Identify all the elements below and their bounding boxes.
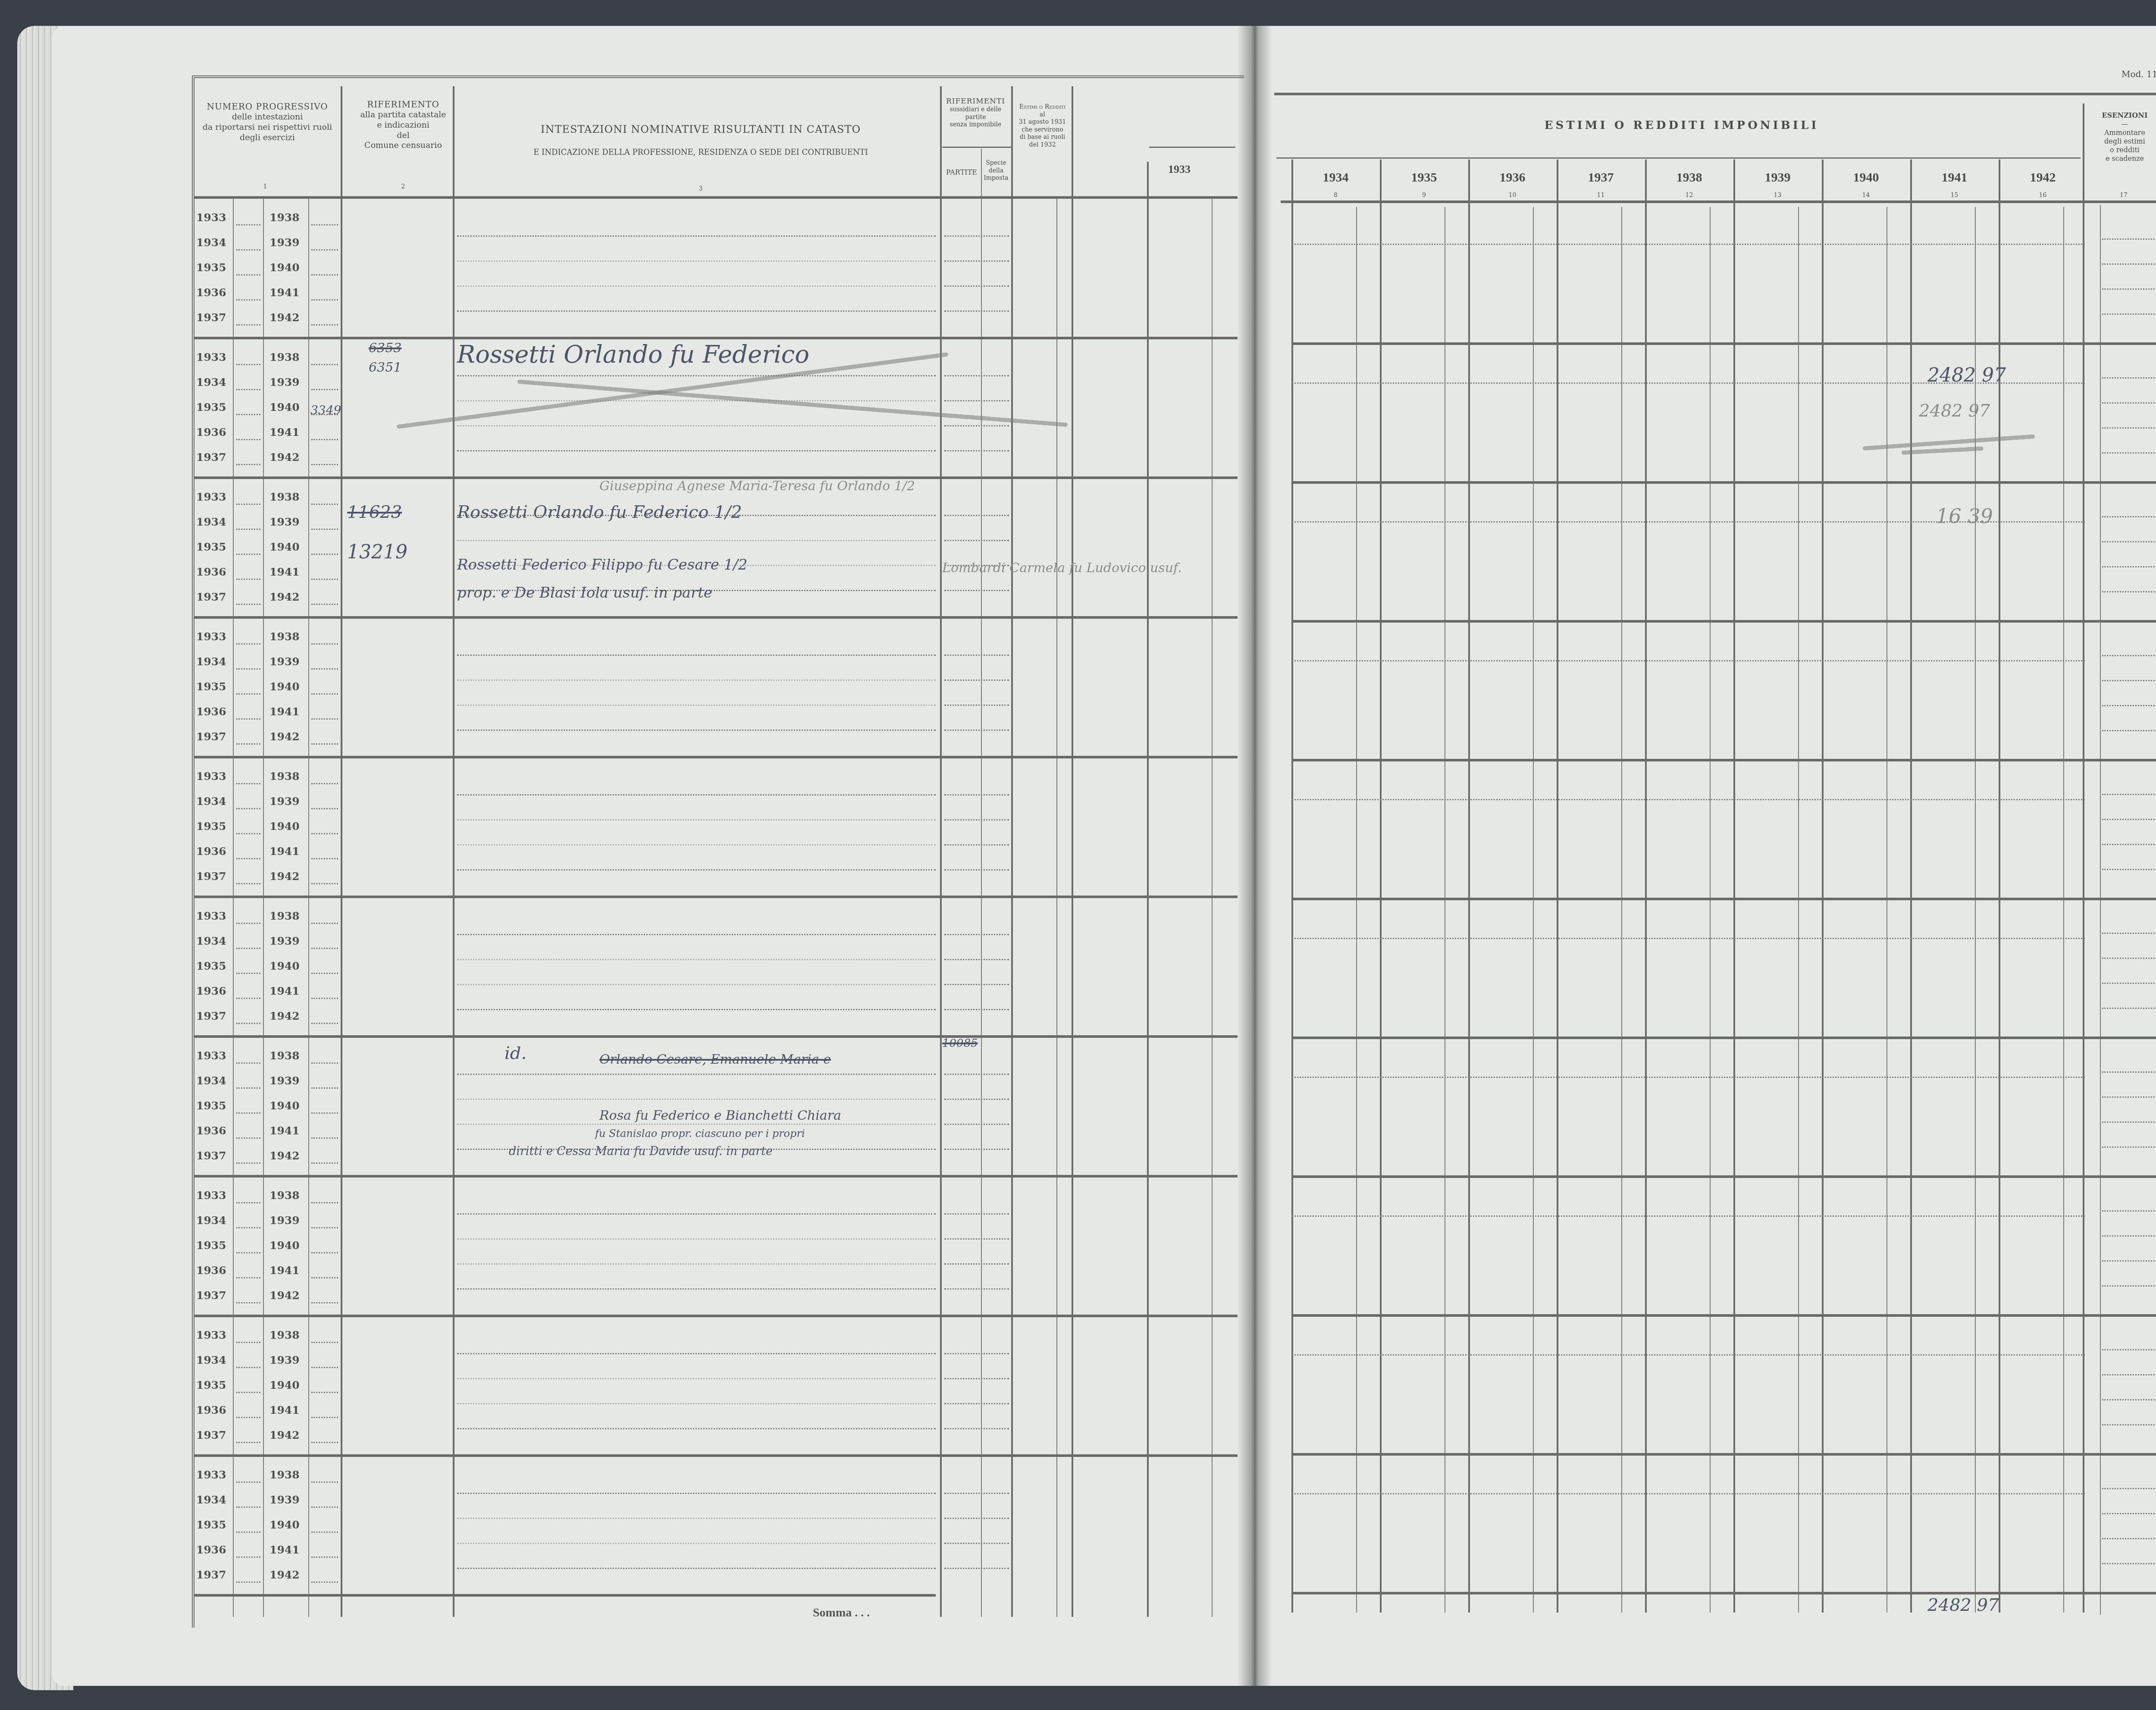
- estimo-1941-value: 2482 97: [1927, 364, 2006, 386]
- year-label: 1935: [196, 680, 226, 693]
- year-label: 1935: [196, 1379, 226, 1391]
- year-label: 1938: [269, 1469, 300, 1481]
- riferimento-value: 6353: [369, 341, 401, 356]
- year-label: 1940: [269, 401, 300, 413]
- year-label: 1941: [269, 985, 300, 997]
- year-label: 1936: [196, 845, 226, 858]
- year-label: 1939: [269, 236, 300, 249]
- year-label: 1937: [196, 730, 226, 743]
- year-label: 1937: [196, 311, 226, 324]
- year-column-header: 1938: [1645, 170, 1733, 185]
- intestazione-text: fu Stanislao propr. ciascuno per i propr…: [595, 1127, 805, 1140]
- year-label: 1935: [196, 960, 226, 972]
- year-label: 1942: [269, 1569, 300, 1581]
- intestazione-text: Rosa fu Federico e Bianchetti Chiara: [599, 1108, 841, 1123]
- year-label: 1938: [269, 351, 300, 363]
- year-label: 1939: [269, 655, 300, 668]
- year-column-header: 1941: [1910, 170, 1999, 185]
- year-label: 1934: [196, 1494, 226, 1506]
- year-label: 1940: [269, 261, 300, 274]
- year-label: 1935: [196, 1099, 226, 1112]
- year-column-header: 1934: [1291, 170, 1380, 185]
- year-label: 1934: [196, 236, 226, 249]
- intestazione-text: Rossetti Federico Filippo fu Cesare 1/2: [457, 556, 747, 573]
- year-label: 1937: [196, 1569, 226, 1581]
- year-label: 1941: [269, 845, 300, 858]
- riferimento-value: 13219: [347, 541, 407, 563]
- year-label: 1933: [196, 910, 226, 922]
- intestazione-text: Rossetti Orlando fu Federico 1/2: [457, 502, 742, 522]
- header-partite: PARTITE: [942, 168, 981, 177]
- year-label: 1938: [269, 211, 300, 224]
- year-label: 1933: [196, 1049, 226, 1062]
- year-label: 1940: [269, 1099, 300, 1112]
- year-label: 1938: [269, 1329, 300, 1341]
- year-label: 1935: [196, 541, 226, 553]
- year-label: 1939: [269, 1214, 300, 1227]
- year-label: 1942: [269, 1010, 300, 1022]
- year-column-header: 1937: [1557, 170, 1645, 185]
- intestazione-text: Giuseppina Agnese Maria-Teresa fu Orland…: [599, 479, 915, 494]
- estimo-1941-struck-value: 2482 97: [1919, 401, 1990, 421]
- year-label: 1941: [269, 705, 300, 718]
- year-label: 1940: [269, 960, 300, 972]
- year-label: 1941: [269, 1404, 300, 1416]
- header-intestazioni: INTESTAZIONI NOMINATIVE RISULTANTI IN CA…: [457, 123, 944, 158]
- year-column-header: 1939: [1733, 170, 1822, 185]
- year-label: 1942: [269, 870, 300, 883]
- year-label: 1937: [196, 451, 226, 464]
- year-label: 1938: [269, 770, 300, 783]
- year-label: 1934: [196, 795, 226, 808]
- year-label: 1938: [269, 630, 300, 643]
- year-label: 1933: [196, 1469, 226, 1481]
- year-label: 1942: [269, 1429, 300, 1441]
- partite-value: 10085: [942, 1037, 978, 1050]
- year-label: 1934: [196, 376, 226, 388]
- header-year-1933: 1933: [1147, 163, 1212, 176]
- year-label: 1942: [269, 1149, 300, 1162]
- year-label: 1938: [269, 910, 300, 922]
- year-label: 1938: [269, 1189, 300, 1202]
- year-label: 1939: [269, 376, 300, 388]
- year-column-header: 1936: [1468, 170, 1557, 185]
- riferimento-value: 11623: [347, 502, 402, 522]
- year-column-header: 1935: [1380, 170, 1468, 185]
- year-label: 1934: [196, 1074, 226, 1087]
- year-label: 1939: [269, 795, 300, 808]
- year-label: 1937: [196, 1010, 226, 1022]
- year-label: 1941: [269, 1264, 300, 1277]
- year-label: 1938: [269, 491, 300, 503]
- year-column-header: 1940: [1822, 170, 1910, 185]
- year-label: 1936: [196, 426, 226, 438]
- year-label: 1933: [196, 1189, 226, 1202]
- usufrutto-text: Lombardi Carmela fu Ludovico usuf.: [942, 561, 1182, 576]
- year-label: 1934: [196, 655, 226, 668]
- year-label: 1940: [269, 1379, 300, 1391]
- year-label: 1941: [269, 286, 300, 299]
- year-label: 1933: [196, 351, 226, 363]
- year-label: 1938: [269, 1049, 300, 1062]
- form-title: Mod. 111 - Imposte Dirette (Intercalare)…: [2122, 69, 2156, 79]
- header-riferimenti-sussidiari: RIFERIMENTI sussidiari e delle partite s…: [940, 97, 1011, 129]
- header-specie-imposta: Specie della Imposta: [981, 160, 1011, 182]
- year-label: 1937: [196, 1429, 226, 1441]
- year-label: 1942: [269, 591, 300, 603]
- year-label: 1941: [269, 1544, 300, 1556]
- year-label: 1935: [196, 1239, 226, 1252]
- year-label: 1933: [196, 491, 226, 503]
- header-esenzioni: ESENZIONI — Ammontare degli estimi o red…: [2085, 111, 2156, 163]
- year-label: 1942: [269, 451, 300, 464]
- year-label: 1939: [269, 1074, 300, 1087]
- year-label: 1934: [196, 1354, 226, 1366]
- year-label: 1942: [269, 311, 300, 324]
- year-label: 1941: [269, 1124, 300, 1137]
- intestazione-text: Orlando Cesare, Emanuele Maria e: [599, 1052, 831, 1067]
- year-label: 1936: [196, 286, 226, 299]
- year-label: 1939: [269, 935, 300, 947]
- somma-label: Somma . . .: [813, 1606, 870, 1620]
- year-label: 1942: [269, 1289, 300, 1302]
- year-label: 1939: [269, 1494, 300, 1506]
- year-label: 1936: [196, 1124, 226, 1137]
- estimo-1941-row3-value: 16 39: [1936, 504, 1993, 528]
- section-title: ESTIMI O REDDITI IMPONIBILI: [1315, 119, 2048, 133]
- header-riferimento: RIFERIMENTO alla partita catastale e ind…: [354, 99, 453, 151]
- year-label: 1933: [196, 630, 226, 643]
- year-label: 1935: [196, 401, 226, 413]
- riferimento-value: 3349: [310, 403, 341, 417]
- year-label: 1940: [269, 541, 300, 553]
- year-label: 1936: [196, 566, 226, 578]
- year-label: 1940: [269, 820, 300, 833]
- year-column-header: 1942: [1999, 170, 2087, 185]
- year-label: 1937: [196, 1149, 226, 1162]
- year-label: 1942: [269, 730, 300, 743]
- year-label: 1936: [196, 1544, 226, 1556]
- year-label: 1936: [196, 985, 226, 997]
- year-label: 1934: [196, 516, 226, 528]
- year-label: 1940: [269, 1239, 300, 1252]
- year-label: 1939: [269, 516, 300, 528]
- intestazione-text: diritti e Cessa Maria fu Davide usuf. in…: [509, 1145, 773, 1158]
- year-label: 1937: [196, 870, 226, 883]
- year-label: 1934: [196, 1214, 226, 1227]
- header-estimi-1931: Estimi o Redditi al 31 agosto 1931 che s…: [1013, 103, 1072, 149]
- riferimento-value: 6351: [369, 360, 401, 375]
- year-label: 1935: [196, 1519, 226, 1531]
- intestazione-text: prop. e De Blasi Iola usuf. in parte: [457, 584, 712, 601]
- somma-1941-value: 2482 97: [1927, 1595, 1999, 1615]
- year-label: 1935: [196, 820, 226, 833]
- right-page: [1255, 26, 2156, 1686]
- year-label: 1940: [269, 680, 300, 693]
- year-label: 1941: [269, 426, 300, 438]
- intestazione-text: Rossetti Orlando fu Federico: [457, 341, 809, 369]
- year-label: 1937: [196, 591, 226, 603]
- year-label: 1936: [196, 1404, 226, 1416]
- year-label: 1933: [196, 1329, 226, 1341]
- header-numero-progressivo: NUMERO PROGRESSIVO delle intestazioni da…: [194, 101, 341, 143]
- year-label: 1936: [196, 705, 226, 718]
- year-label: 1936: [196, 1264, 226, 1277]
- year-label: 1941: [269, 566, 300, 578]
- year-label: 1939: [269, 1354, 300, 1366]
- year-label: 1935: [196, 261, 226, 274]
- year-label: 1934: [196, 935, 226, 947]
- year-label: 1940: [269, 1519, 300, 1531]
- intestazione-text: id.: [505, 1043, 526, 1063]
- year-label: 1933: [196, 770, 226, 783]
- year-label: 1933: [196, 211, 226, 224]
- year-label: 1937: [196, 1289, 226, 1302]
